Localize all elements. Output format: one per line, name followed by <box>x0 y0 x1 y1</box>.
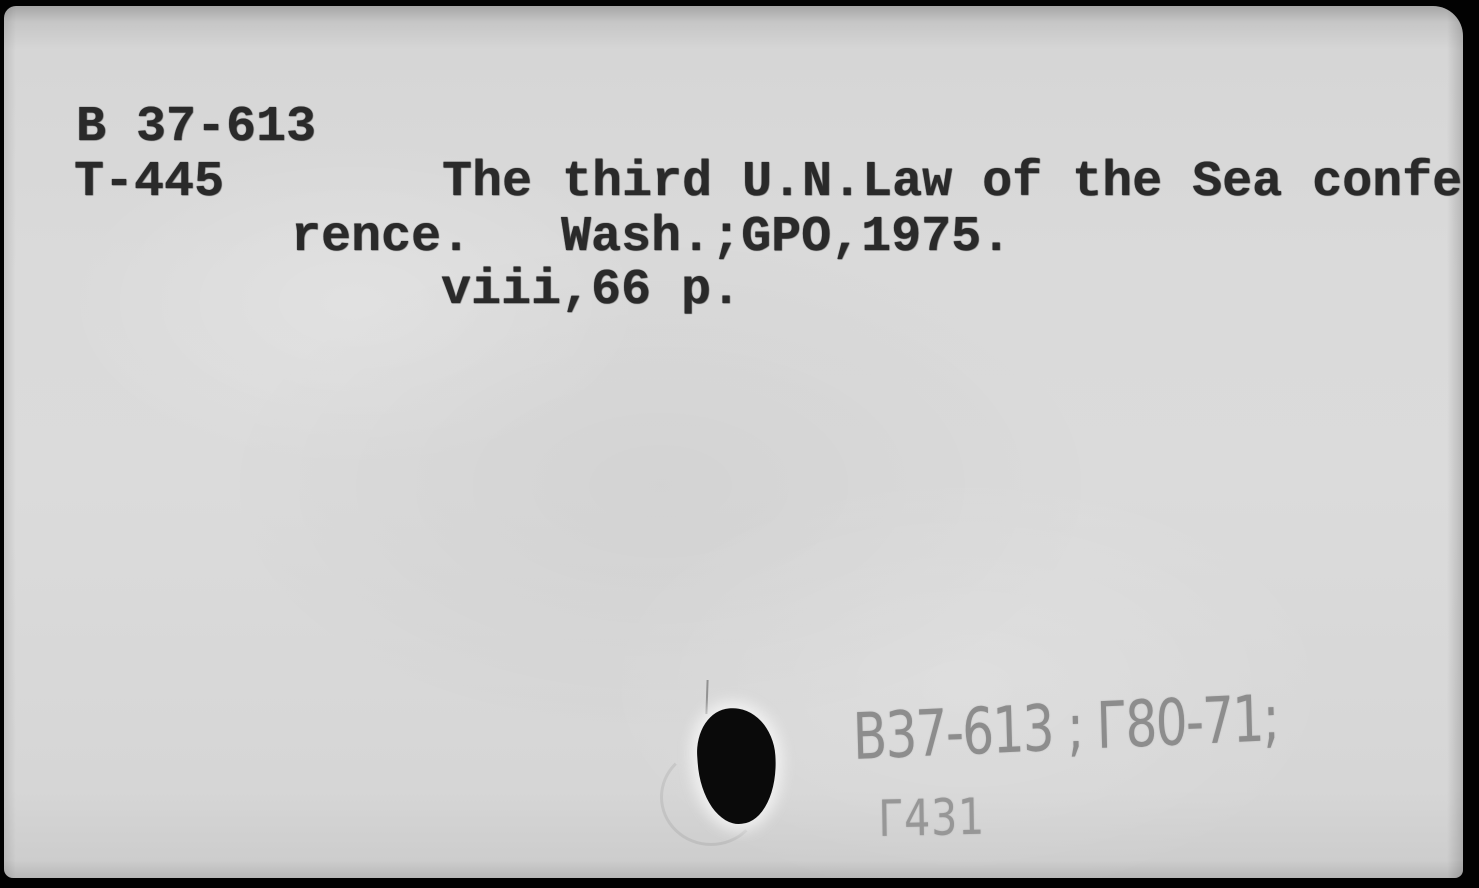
call-number-line1: B 37-613 <box>76 103 316 153</box>
ink-blob-hairline <box>705 680 708 714</box>
call-number-line2: T-445 <box>74 158 224 208</box>
scan-background: B 37-613 T-445 The third U.N.Law of the … <box>0 0 1479 888</box>
imprint-line: rence. Wash.;GPO,1975. <box>291 213 1011 263</box>
catalog-card: B 37-613 T-445 The third U.N.Law of the … <box>4 6 1463 878</box>
handwritten-annotation-line2: Г431 <box>878 792 985 844</box>
collation-line: viii,66 p. <box>441 266 741 316</box>
handwritten-annotation-line1: B37-613 ; Г80-71; <box>852 687 1279 770</box>
title-line: The third U.N.Law of the Sea confe <box>442 158 1462 208</box>
